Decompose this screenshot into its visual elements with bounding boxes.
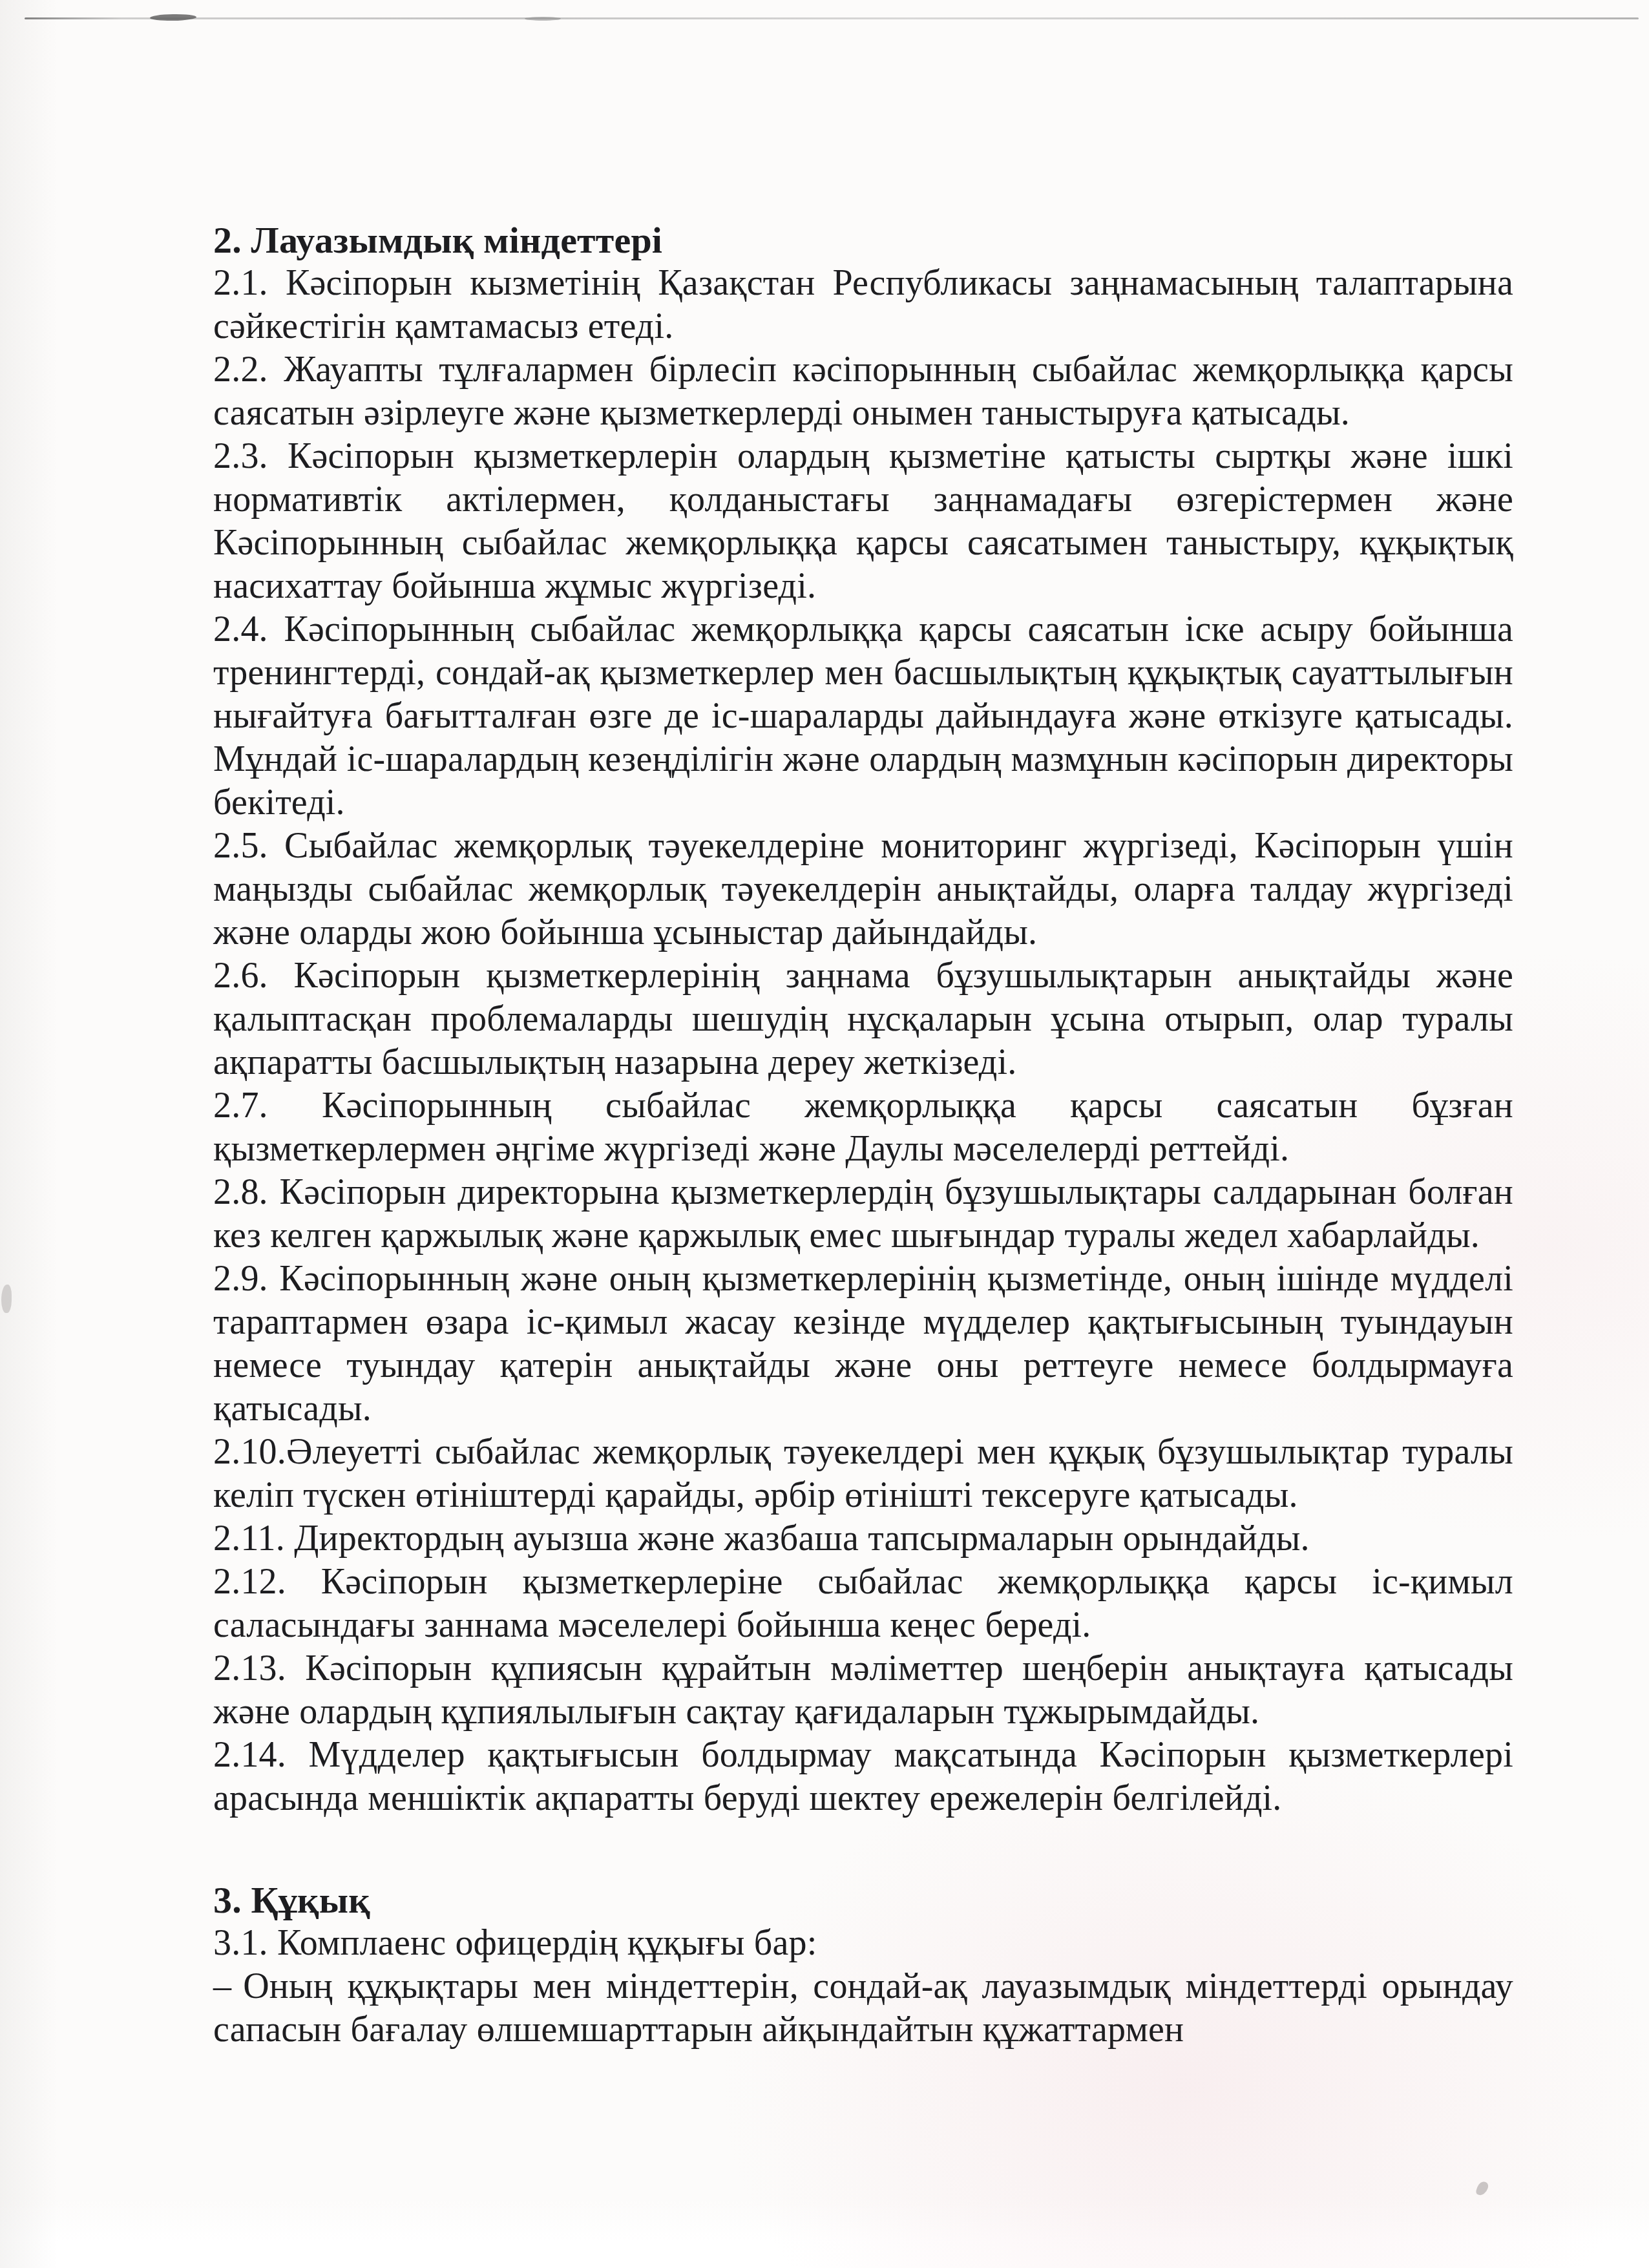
clause-text: Кәсіпорын құпиясын құрайтын мәліметтер ш… <box>213 1648 1513 1732</box>
clause-2-3: 2.3. Кәсіпорын қызметкерлерін олардың қы… <box>213 435 1513 608</box>
clause-3-1: 3.1. Комплаенс офицердің құқығы бар: <box>213 1922 1513 1965</box>
clause-2-1: 2.1. Кәсіпорын кызметінің Қазақстан Респ… <box>213 262 1513 348</box>
clause-number: 2.14. <box>213 1735 286 1775</box>
clause-number: 2.5. <box>213 826 268 866</box>
clause-2-11: 2.11. Директордың ауызша және жазбаша та… <box>213 1517 1513 1560</box>
clause-2-4: 2.4. Кәсіпорынның сыбайлас жемқорлыққа қ… <box>213 608 1513 824</box>
scan-artifact-top-line <box>25 17 1639 19</box>
scan-artifact-corner-mark <box>1475 2180 1489 2197</box>
scan-artifact-blob-secondary <box>525 17 561 21</box>
clause-number: 3.1. <box>213 1923 268 1963</box>
clause-text: Сыбайлас жемқорлық тәуекелдеріне монитор… <box>213 826 1513 952</box>
clause-text: Жауапты тұлғалармен бірлесіп кәсіпорынны… <box>213 350 1513 433</box>
clause-number: 2.8. <box>213 1172 268 1212</box>
clause-text: Директордың ауызша және жазбаша тапсырма… <box>294 1518 1310 1559</box>
section2-heading: 2. Лауазымдық міндеттері <box>213 218 1513 262</box>
clause-2-10: 2.10.Әлеуетті сыбайлас жемқорлық тәуекел… <box>213 1431 1513 1517</box>
clause-number: 2.13. <box>213 1648 286 1688</box>
clause-number: 2.7. <box>213 1086 268 1126</box>
clause-text: Әлеуетті сыбайлас жемқорлық тәуекелдері … <box>213 1432 1513 1515</box>
clause-2-13: 2.13. Кәсіпорын құпиясын құрайтын мәліме… <box>213 1647 1513 1734</box>
clause-text: Кәсіпорын директорына қызметкерлердің бұ… <box>213 1172 1513 1255</box>
clause-2-7: 2.7. Кәсіпорынның сыбайлас жемқорлыққа қ… <box>213 1084 1513 1171</box>
clause-number: 2.9. <box>213 1259 268 1299</box>
clause-2-12: 2.12. Кәсіпорын қызметкерлеріне сыбайлас… <box>213 1560 1513 1647</box>
clause-text: Кәсіпорынның және оның қызметкерлерінің … <box>213 1259 1513 1429</box>
clause-text: Кәсіпорынның сыбайлас жемқорлыққа қарсы … <box>213 1086 1513 1169</box>
scanned-document-page: 2. Лауазымдық міндеттері 2.1. Кәсіпорын … <box>0 0 1649 2268</box>
clause-number: 2.3. <box>213 436 268 476</box>
clause-number: 2.4. <box>213 609 268 649</box>
section3: 3. Құқық 3.1. Комплаенс офицердің құқығы… <box>213 1878 1513 2052</box>
clause-text: Комплаенс офицердің құқығы бар: <box>277 1923 817 1963</box>
clause-2-6: 2.6. Кәсіпорын қызметкерлерінің заңнама … <box>213 954 1513 1084</box>
clause-text: Кәсіпорын қызметкерлеріне сыбайлас жемқо… <box>213 1562 1513 1645</box>
clause-2-8: 2.8. Кәсіпорын директорына қызметкерлерд… <box>213 1171 1513 1257</box>
clause-number: 2.12. <box>213 1562 286 1602</box>
clause-2-9: 2.9. Кәсіпорынның және оның қызметкерлер… <box>213 1257 1513 1431</box>
clause-text: Кәсіпорын қызметкерлерін олардың қызметі… <box>213 436 1513 606</box>
clause-text: Кәсіпорынның сыбайлас жемқорлыққа қарсы … <box>213 609 1513 823</box>
clause-2-2: 2.2. Жауапты тұлғалармен бірлесіп кәсіпо… <box>213 348 1513 435</box>
clause-2-5: 2.5. Сыбайлас жемқорлық тәуекелдеріне мо… <box>213 824 1513 954</box>
clause-number: 2.10. <box>213 1432 286 1472</box>
clause-number: 2.2. <box>213 350 268 390</box>
bullet-text: Оның құқықтары мен міндеттерін, сондай-а… <box>213 1966 1513 2050</box>
clause-number: 2.6. <box>213 956 268 996</box>
clause-2-14: 2.14. Мүдделер қақтығысын болдырмау мақс… <box>213 1734 1513 1820</box>
scan-artifact-edge-smudge <box>1 1285 12 1313</box>
scan-artifact-blob <box>150 14 196 21</box>
section3-heading: 3. Құқық <box>213 1878 1513 1922</box>
clause-text: Кәсіпорын кызметінің Қазақстан Республик… <box>213 263 1513 346</box>
dash-bullet-marker: – <box>213 1966 243 2006</box>
clause-number: 2.11. <box>213 1518 285 1559</box>
clause-number: 2.1. <box>213 263 268 303</box>
bullet-item: –Оның құқықтары мен міндеттерін, сондай-… <box>213 1965 1513 2052</box>
clause-text: Кәсіпорын қызметкерлерінің заңнама бұзуш… <box>213 956 1513 1082</box>
clause-text: Мүдделер қақтығысын болдырмау мақсатында… <box>213 1735 1513 1818</box>
document-body: 2. Лауазымдық міндеттері 2.1. Кәсіпорын … <box>213 218 1513 2052</box>
